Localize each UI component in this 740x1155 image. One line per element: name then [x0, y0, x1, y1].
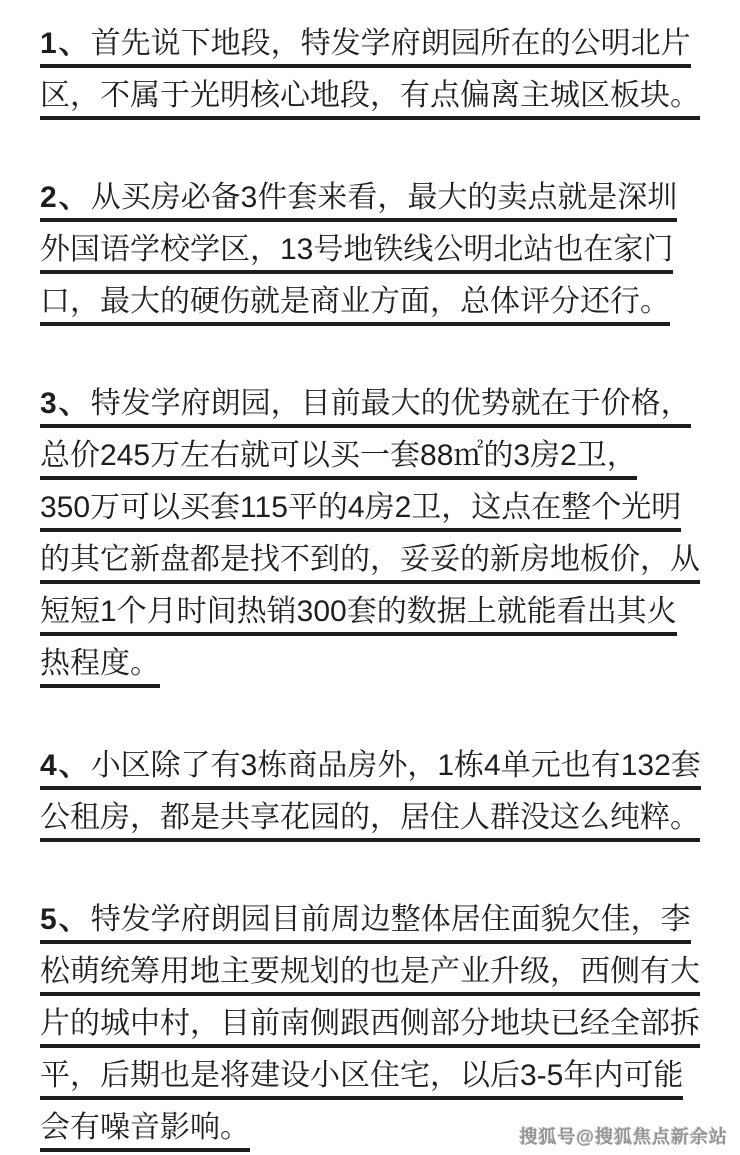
paragraph-number: 4、 [40, 749, 91, 782]
text-line: 区，不属于光明核心地段，有点偏离主城区板块。 [40, 70, 706, 122]
text-line: 口，最大的硬伤就是商业方面，总体评分还行。 [40, 276, 706, 328]
text-line: 350万可以买套115平的4房2卫，这点在整个光明 [40, 482, 706, 534]
text-line: 总价245万左右就可以买一套88㎡的3房2卫， [40, 430, 706, 482]
text-segment: 350万可以买套115平的4房2卫，这点在整个光明 [40, 491, 681, 532]
text-segment: 总价245万左右就可以买一套88㎡的3房2卫， [40, 439, 637, 480]
text-segment: 区，不属于光明核心地段，有点偏离主城区板块。 [40, 79, 700, 120]
text-segment: 平，后期也是将建设小区住宅，以后3-5年内可能 [40, 1059, 683, 1100]
text-line: 5、特发学府朗园目前周边整体居住面貌欠佳，李 [40, 894, 706, 946]
text-line: 的其它新盘都是找不到的，妥妥的新房地板价，从 [40, 534, 706, 586]
paragraph-2: 2、从买房必备3件套来看，最大的卖点就是深圳 外国语学校学区，13号地铁线公明北… [40, 172, 706, 328]
text-segment: 片的城中村，目前南侧跟西侧部分地块已经全部拆 [40, 1007, 700, 1048]
text-line: 2、从买房必备3件套来看，最大的卖点就是深圳 [40, 172, 706, 224]
paragraph-number: 2、 [40, 181, 91, 214]
text-segment: 会有噪音影响。 [40, 1111, 250, 1152]
paragraph-number: 5、 [40, 903, 91, 936]
paragraph-number: 3、 [40, 387, 91, 420]
text-line: 4、小区除了有3栋商品房外，1栋4单元也有132套 [40, 740, 706, 792]
text-segment: 小区除了有3栋商品房外，1栋4单元也有132套 [91, 749, 701, 782]
text-segment: 热程度。 [40, 647, 160, 688]
watermark: 搜狐号@搜狐焦点新余站 [519, 1123, 728, 1149]
text-segment: 口，最大的硬伤就是商业方面，总体评分还行。 [40, 285, 670, 326]
article-body: 1、首先说下地段，特发学府朗园所在的公明北片 区，不属于光明核心地段，有点偏离主… [0, 0, 740, 1154]
text-segment: 公租房，都是共享花园的，居住人群没这么纯粹。 [40, 801, 700, 842]
paragraph-1: 1、首先说下地段，特发学府朗园所在的公明北片 区，不属于光明核心地段，有点偏离主… [40, 18, 706, 122]
text-line: 平，后期也是将建设小区住宅，以后3-5年内可能 [40, 1050, 706, 1102]
text-line: 3、特发学府朗园，目前最大的优势就在于价格， [40, 378, 706, 430]
text-line: 松萌统筹用地主要规划的也是产业升级，西侧有大 [40, 946, 706, 998]
text-line: 短短1个月时间热销300套的数据上就能看出其火 [40, 586, 706, 638]
text-segment: 首先说下地段，特发学府朗园所在的公明北片 [91, 27, 691, 60]
text-segment: 特发学府朗园目前周边整体居住面貌欠佳，李 [91, 903, 691, 936]
text-line: 1、首先说下地段，特发学府朗园所在的公明北片 [40, 18, 706, 70]
text-line: 外国语学校学区，13号地铁线公明北站也在家门 [40, 224, 706, 276]
paragraph-number: 1、 [40, 27, 91, 60]
paragraph-3: 3、特发学府朗园，目前最大的优势就在于价格， 总价245万左右就可以买一套88㎡… [40, 378, 706, 690]
text-segment: 外国语学校学区，13号地铁线公明北站也在家门 [40, 233, 673, 274]
text-segment: 松萌统筹用地主要规划的也是产业升级，西侧有大 [40, 955, 700, 996]
text-segment: 的其它新盘都是找不到的，妥妥的新房地板价，从 [40, 543, 700, 584]
paragraph-4: 4、小区除了有3栋商品房外，1栋4单元也有132套 公租房，都是共享花园的，居住… [40, 740, 706, 844]
text-line: 片的城中村，目前南侧跟西侧部分地块已经全部拆 [40, 998, 706, 1050]
text-segment: 从买房必备3件套来看，最大的卖点就是深圳 [91, 181, 678, 214]
text-segment: 短短1个月时间热销300套的数据上就能看出其火 [40, 595, 677, 636]
text-segment: 特发学府朗园，目前最大的优势就在于价格， [91, 387, 691, 420]
paragraph-5: 5、特发学府朗园目前周边整体居住面貌欠佳，李 松萌统筹用地主要规划的也是产业升级… [40, 894, 706, 1154]
text-line: 热程度。 [40, 638, 706, 690]
text-line: 公租房，都是共享花园的，居住人群没这么纯粹。 [40, 792, 706, 844]
